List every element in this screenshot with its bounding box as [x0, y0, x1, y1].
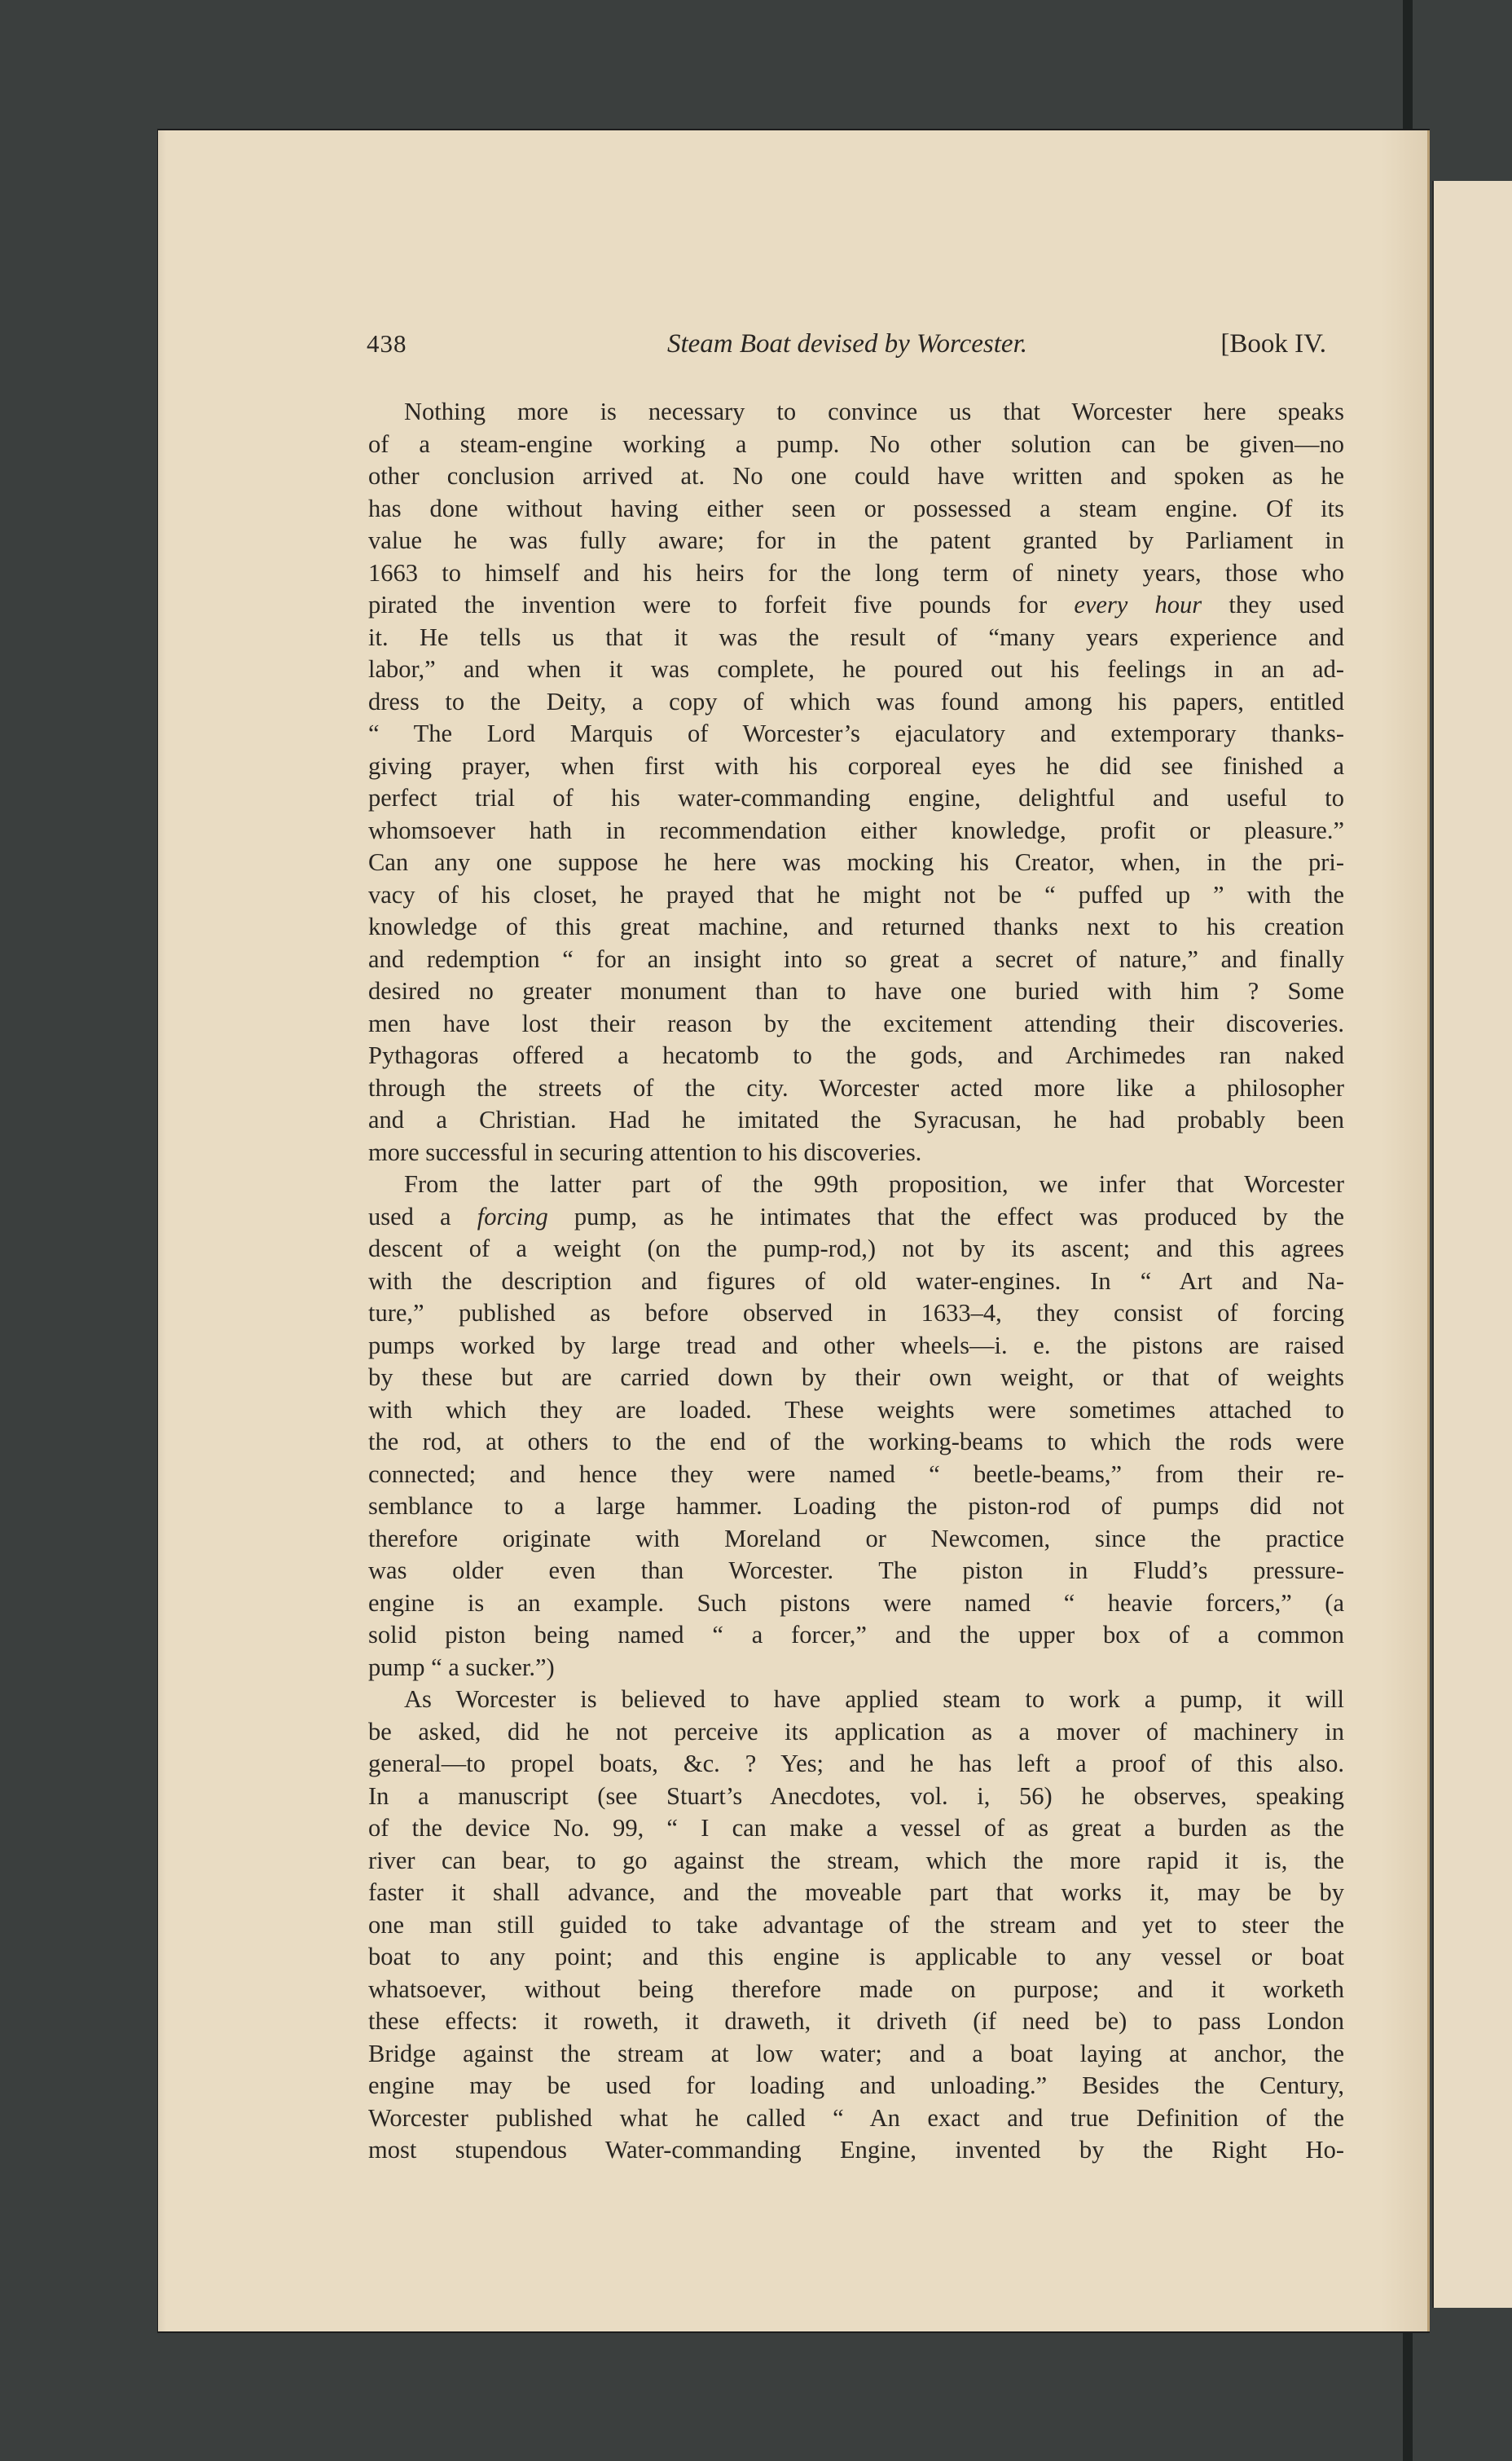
page-number: 438	[367, 329, 407, 359]
text-line: general—to propel boats, &c. ? Yes; and …	[368, 1748, 1344, 1781]
text-line: ture,” published as before observed in 1…	[368, 1297, 1344, 1330]
text-line: knowledge of this great machine, and ret…	[368, 911, 1344, 944]
text-line: was older even than Worcester. The pisto…	[368, 1555, 1344, 1587]
text-line: Worcester published what he called “ An …	[368, 2102, 1344, 2135]
text-line: pumps worked by large tread and other wh…	[368, 1330, 1344, 1363]
text-line: used a forcing pump, as he intimates tha…	[368, 1201, 1344, 1234]
text-line: therefore originate with Moreland or New…	[368, 1523, 1344, 1556]
text-line: engine is an example. Such pistons were …	[368, 1587, 1344, 1620]
text-line: pirated the invention were to forfeit fi…	[368, 589, 1344, 622]
text-line: 1663 to himself and his heirs for the lo…	[368, 557, 1344, 590]
text-line: value he was fully aware; for in the pat…	[368, 525, 1344, 557]
text-line: From the latter part of the 99th proposi…	[368, 1169, 1344, 1201]
italic-phrase: every hour	[1074, 591, 1202, 619]
text-line: boat to any point; and this engine is ap…	[368, 1941, 1344, 1974]
text-line: labor,” and when it was complete, he pou…	[368, 654, 1344, 686]
text-line: has done without having either seen or p…	[368, 493, 1344, 526]
text-line: with which they are loaded. These weight…	[368, 1394, 1344, 1427]
text-line: engine may be used for loading and unloa…	[368, 2070, 1344, 2102]
text-line: be asked, did he not perceive its applic…	[368, 1716, 1344, 1749]
text-line: In a manuscript (see Stuart’s Anecdotes,…	[368, 1781, 1344, 1813]
text-line: by these but are carried down by their o…	[368, 1362, 1344, 1394]
text-line: of the device No. 99, “ I can make a ves…	[368, 1812, 1344, 1845]
text-line: men have lost their reason by the excite…	[368, 1008, 1344, 1041]
text-line: whomsoever hath in recommendation either…	[368, 815, 1344, 847]
text-line: and redemption “ for an insight into so …	[368, 944, 1344, 976]
book-reference: [Book IV.	[1220, 329, 1326, 359]
text-line: other conclusion arrived at. No one coul…	[368, 460, 1344, 493]
text-segment: used a	[368, 1203, 451, 1230]
text-segment: pump, as he intimates that the effect wa…	[574, 1203, 1344, 1230]
text-line: with the description and figures of old …	[368, 1266, 1344, 1298]
text-line: solid piston being named “ a forcer,” an…	[368, 1619, 1344, 1652]
text-line: whatsoever, without being therefore made…	[368, 1974, 1344, 2006]
text-line: Can any one suppose he here was mocking …	[368, 847, 1344, 879]
running-title: Steam Boat devised by Worcester.	[627, 329, 1067, 359]
adjacent-page-edge	[1432, 181, 1512, 2308]
text-line: descent of a weight (on the pump-rod,) n…	[368, 1233, 1344, 1266]
text-line: giving prayer, when first with his corpo…	[368, 751, 1344, 783]
text-line: of a steam-engine working a pump. No oth…	[368, 429, 1344, 461]
text-segment: they used	[1228, 591, 1344, 619]
text-line: connected; and hence they were named “ b…	[368, 1459, 1344, 1491]
body-text: Nothing more is necessary to convince us…	[368, 396, 1344, 2167]
text-line: most stupendous Water-commanding Engine,…	[368, 2134, 1344, 2167]
text-line: “ The Lord Marquis of Worcester’s ejacul…	[368, 718, 1344, 751]
italic-phrase: forcing	[477, 1203, 548, 1230]
text-line: these effects: it roweth, it draweth, it…	[368, 2005, 1344, 2038]
text-line: Bridge against the stream at low water; …	[368, 2038, 1344, 2071]
text-segment: pirated the invention were to forfeit fi…	[368, 591, 1047, 619]
text-line: As Worcester is believed to have applied…	[368, 1684, 1344, 1716]
text-line: and a Christian. Had he imitated the Syr…	[368, 1104, 1344, 1137]
text-line: the rod, at others to the end of the wor…	[368, 1426, 1344, 1459]
text-line: pump “ a sucker.”)	[368, 1652, 1344, 1684]
text-line: Nothing more is necessary to convince us…	[368, 396, 1344, 429]
text-line: one man still guided to take advantage o…	[368, 1909, 1344, 1942]
running-header: 438 Steam Boat devised by Worcester. [Bo…	[367, 329, 1326, 370]
text-line: vacy of his closet, he prayed that he mi…	[368, 879, 1344, 912]
text-line: river can bear, to go against the stream…	[368, 1845, 1344, 1878]
text-line: more successful in securing attention to…	[368, 1137, 1344, 1169]
text-line: faster it shall advance, and the moveabl…	[368, 1877, 1344, 1909]
text-line: Pythagoras offered a hecatomb to the god…	[368, 1040, 1344, 1072]
text-line: dress to the Deity, a copy of which was …	[368, 686, 1344, 719]
text-line: it. He tells us that it was the result o…	[368, 622, 1344, 654]
text-line: perfect trial of his water-commanding en…	[368, 782, 1344, 815]
text-line: through the streets of the city. Worcest…	[368, 1072, 1344, 1105]
text-line: semblance to a large hammer. Loading the…	[368, 1490, 1344, 1523]
text-line: desired no greater monument than to have…	[368, 975, 1344, 1008]
